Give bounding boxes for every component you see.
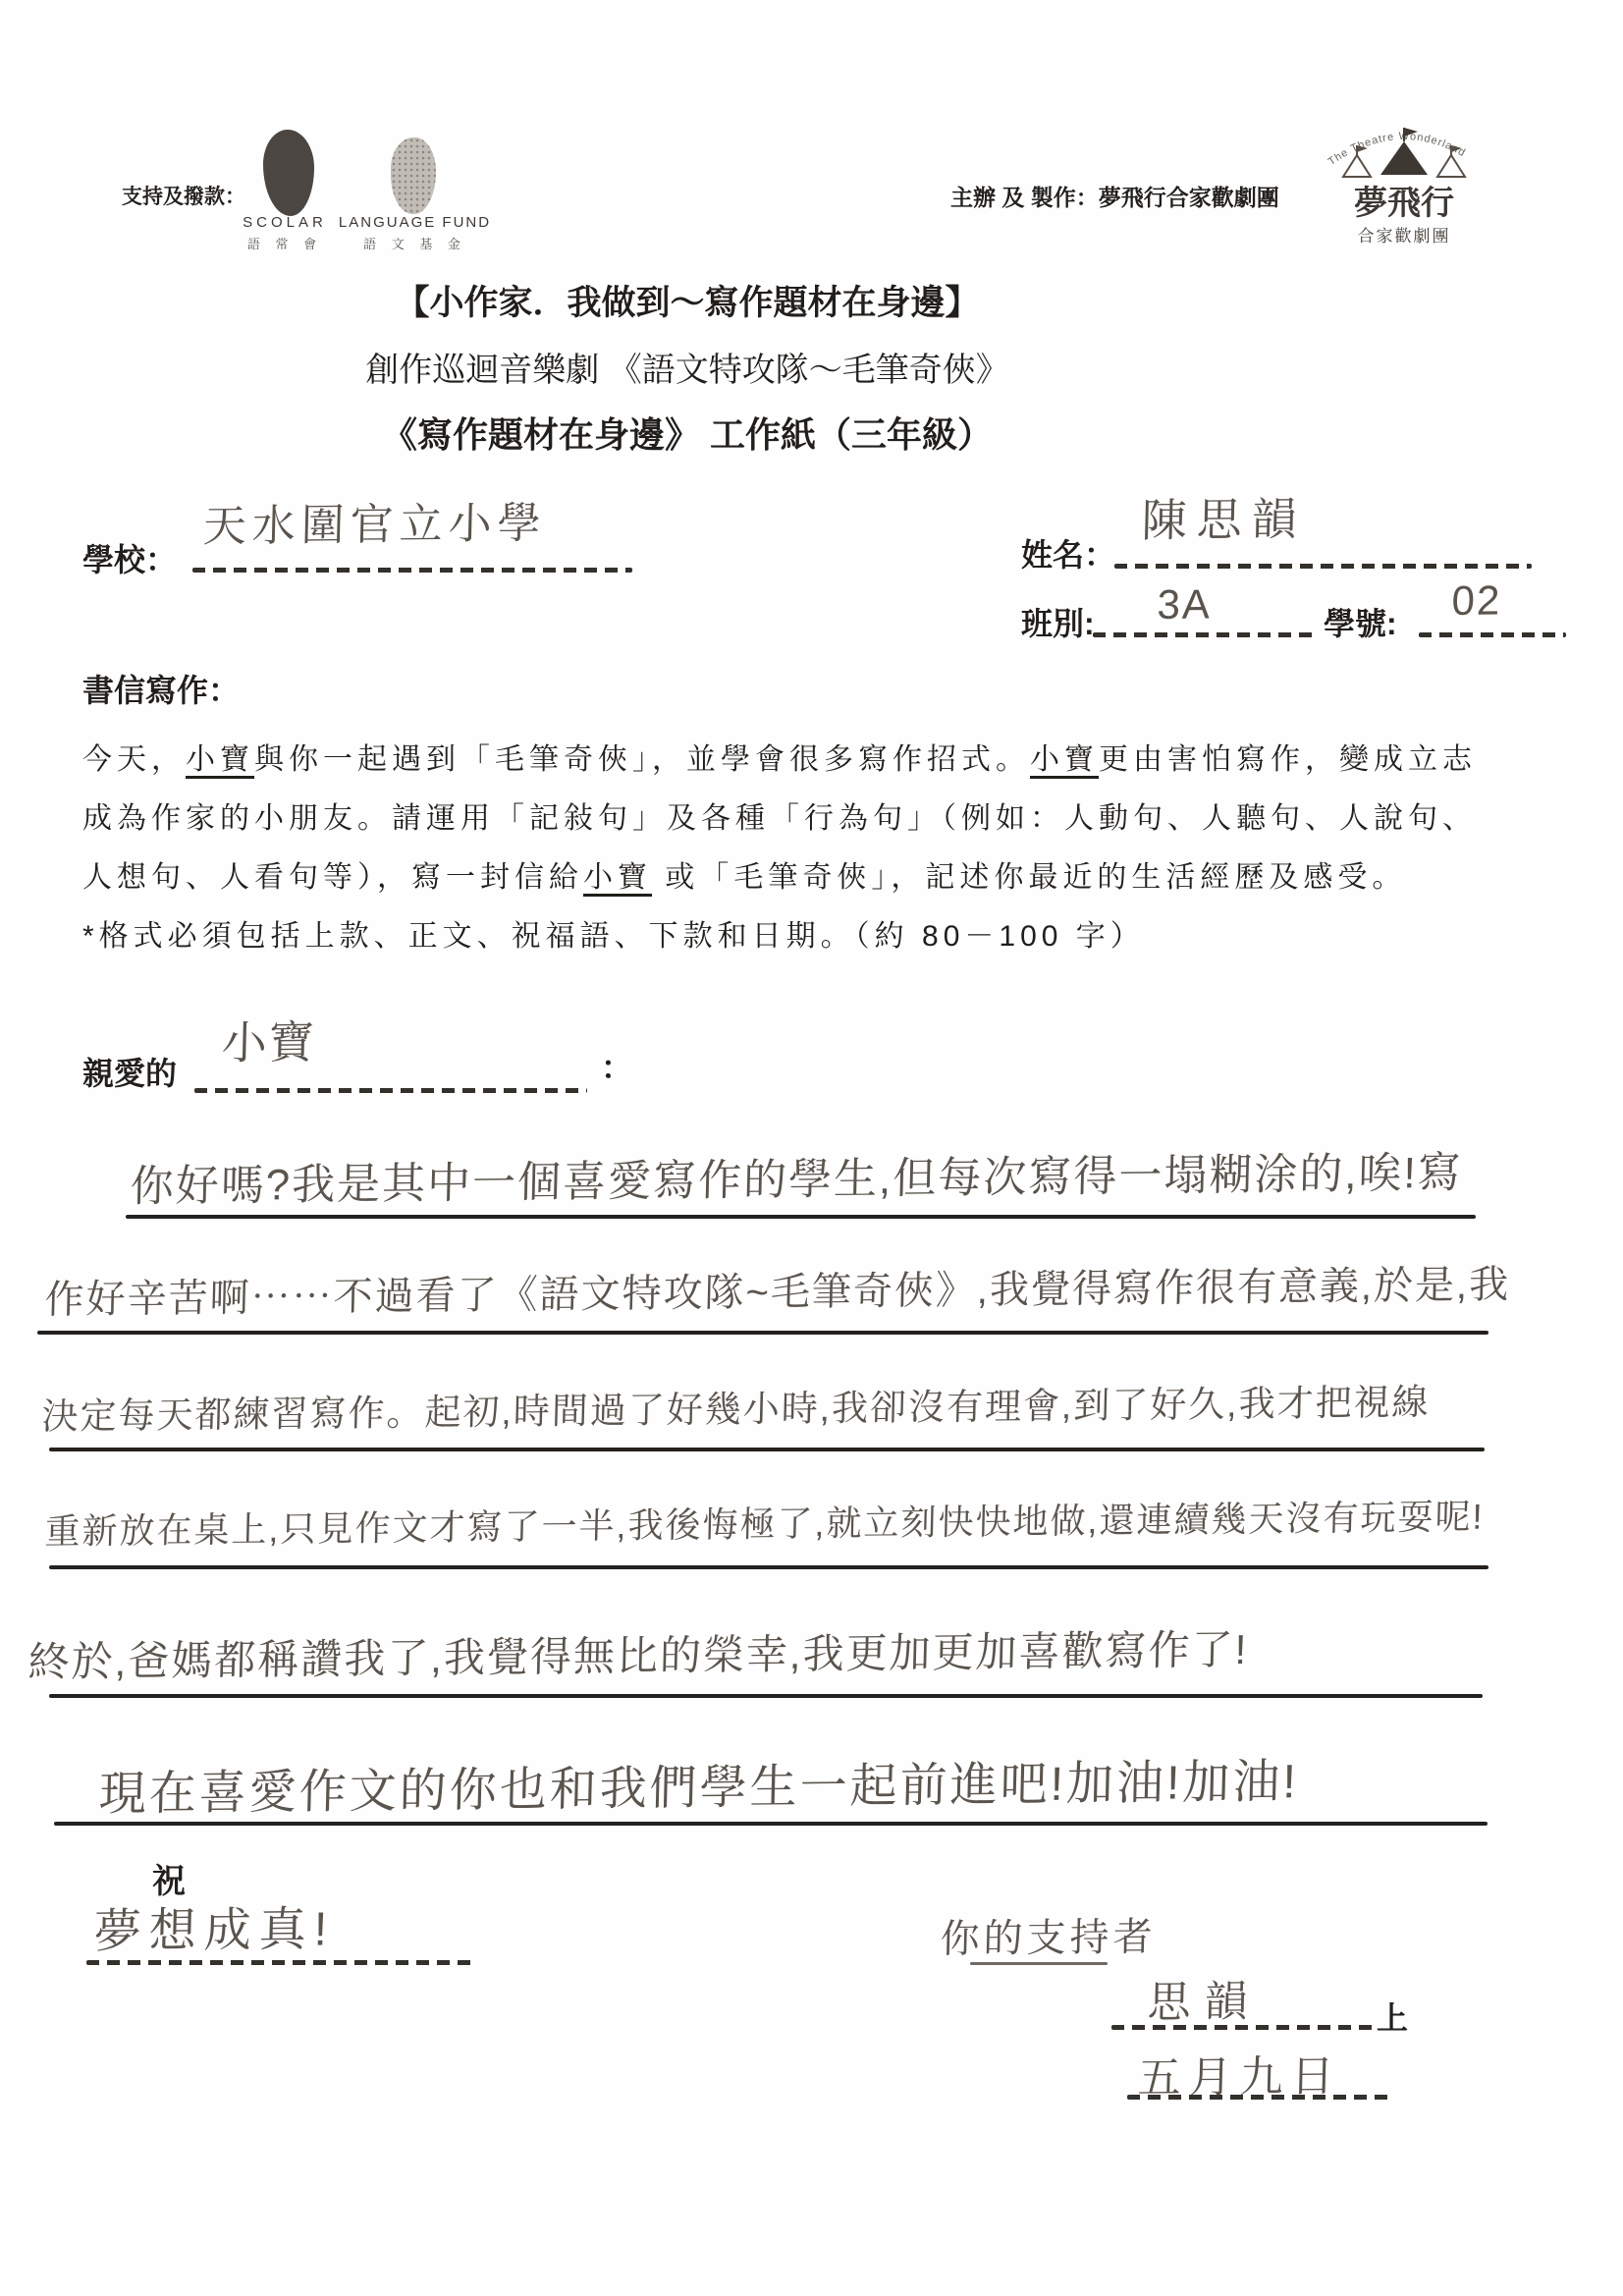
salutation-blank-line: [194, 1088, 587, 1093]
class-blank-line: [1093, 632, 1315, 637]
school-blank-line: [192, 568, 632, 573]
language-fund-logo-icon: [391, 137, 436, 214]
instruction-text: 今天，: [82, 743, 186, 776]
language-fund-logo-caption-en: LANGUAGE FUND: [334, 214, 496, 231]
letter-rule-line: [49, 1448, 1485, 1451]
task-instruction-line-4: *格式必須包括上款、正文、祝福語、下款和日期。（約 80－100 字）: [82, 911, 1585, 955]
title-line-1: 【小作家．我做到～寫作題材在身邊】: [0, 276, 1375, 325]
instruction-text: 或「毛筆奇俠」，記述你最近的生活經歷及感受。: [652, 861, 1406, 894]
number-handwritten-value: 02: [1451, 576, 1502, 625]
signoff-blank-line: [1111, 2025, 1375, 2030]
instruction-text: 人想句、人看句等），寫一封信給: [82, 861, 583, 894]
instruction-text: *格式必須包括上款、正文、祝福語、下款和日期。（約 80－100 字）: [82, 920, 1145, 953]
letter-rule-line: [49, 1565, 1488, 1569]
class-label: 班別:: [1021, 599, 1095, 644]
instruction-text: 更由害怕寫作，變成立志: [1099, 743, 1477, 776]
number-label: 學號:: [1324, 599, 1397, 644]
title-line-3: 《寫作題材在身邊》 工作紙（三年級）: [0, 408, 1375, 458]
theatre-logo-icon: The Theatre Wonderland 夢飛行 合家歡劇團: [1316, 108, 1492, 255]
theatre-logo-subtitle: 合家歡劇團: [1358, 227, 1451, 246]
name-label: 姓名：: [1021, 530, 1115, 575]
letter-rule-line: [126, 1215, 1476, 1219]
scolar-logo-caption-zh: 語 常 會: [226, 234, 344, 252]
scolar-logo-icon: [263, 130, 314, 216]
task-instruction-line-3: 人想句、人看句等），寫一封信給小寶 或「毛筆奇俠」，記述你最近的生活經歷及感受。: [82, 852, 1585, 896]
scanned-worksheet-page: 支持及撥款： SCOLAR 語 常 會 LANGUAGE FUND 語 文 基 …: [0, 0, 1623, 2296]
language-fund-logo-caption-zh: 語 文 基 金: [334, 234, 496, 252]
organiser-label: 主辦 及 製作：夢飛行合家歡劇團: [950, 180, 1279, 212]
class-handwritten-value: 3A: [1157, 580, 1213, 629]
school-handwritten-value: 天水圍官立小學: [202, 487, 548, 554]
proper-noun-underlined: 小寶: [1030, 743, 1099, 776]
proper-noun-underlined: 小寶: [583, 861, 652, 894]
theatre-logo-name: 夢飛行: [1354, 185, 1454, 222]
salutation-handwritten-value: 小寶: [221, 1007, 317, 1072]
title-line-2: 創作巡迴音樂劇 《語文特攻隊～毛筆奇俠》: [0, 343, 1375, 391]
closing-wish-handwritten: 夢想成真!: [93, 1890, 336, 1961]
letter-line-text: 你好嗎?我是其中一個喜愛寫作的學生,但每次寫得一塌糊涂的,唉!寫: [130, 1137, 1464, 1214]
support-funding-label: 支持及撥款：: [122, 181, 245, 210]
task-instruction-line-2: 成為作家的小朋友。請運用「記敍句」及各種「行為句」（例如：人動句、人聽句、人說句…: [82, 793, 1585, 837]
instruction-text: 成為作家的小朋友。請運用「記敍句」及各種「行為句」（例如：人動句、人聽句、人說句…: [82, 802, 1477, 835]
closing-blank-line: [86, 1960, 474, 1965]
name-blank-line: [1114, 564, 1532, 569]
letter-rule-line: [37, 1331, 1488, 1335]
letter-line-text: 決定每天都練習寫作。起初,時間過了好幾小時,我卻沒有理會,到了好久,我才把視線: [41, 1372, 1431, 1440]
signoff-name-handwritten: 思韻: [1147, 1966, 1263, 2030]
signoff-suffix-label: 上: [1377, 1994, 1408, 2039]
signoff-role-underline: [970, 1962, 1108, 1965]
salutation-label: 親愛的: [82, 1049, 177, 1094]
salutation-colon: ：: [601, 1043, 632, 1088]
instruction-text: 與你一起遇到「毛筆奇俠」，並學會很多寫作招式。: [254, 743, 1030, 776]
tent-icons: [1343, 128, 1465, 177]
task-heading: 書信寫作：: [82, 666, 240, 711]
task-instruction-line-1: 今天，小寶與你一起遇到「毛筆奇俠」，並學會很多寫作招式。小寶更由害怕寫作，變成立…: [82, 735, 1585, 778]
scolar-logo-caption-en: SCOLAR: [226, 214, 344, 231]
date-blank-line: [1127, 2095, 1388, 2100]
letter-rule-line: [54, 1822, 1488, 1826]
signoff-role-handwritten: 你的支持者: [940, 1906, 1157, 1964]
letter-rule-line: [49, 1694, 1483, 1698]
number-blank-line: [1419, 632, 1566, 637]
letter-line-text: 重新放在桌上,只見作文才寫了一半,我後悔極了,就立刻快快地做,還連續幾天沒有玩耍…: [44, 1490, 1485, 1555]
letter-line-text: 終於,爸媽都稱讚我了,我覺得無比的榮幸,我更加更加喜歡寫作了!: [27, 1617, 1249, 1689]
letter-line-text: 現在喜愛作文的你也和我們學生一起前進吧!加油!加油!: [98, 1743, 1300, 1824]
letter-line-text: 作好辛苦啊⋯⋯不過看了《語文特攻隊~毛筆奇俠》,我覺得寫作很有意義,於是,我: [44, 1253, 1511, 1325]
proper-noun-underlined: 小寶: [186, 743, 254, 776]
name-handwritten-value: 陳思韻: [1141, 483, 1308, 550]
school-label: 學校：: [82, 535, 177, 580]
